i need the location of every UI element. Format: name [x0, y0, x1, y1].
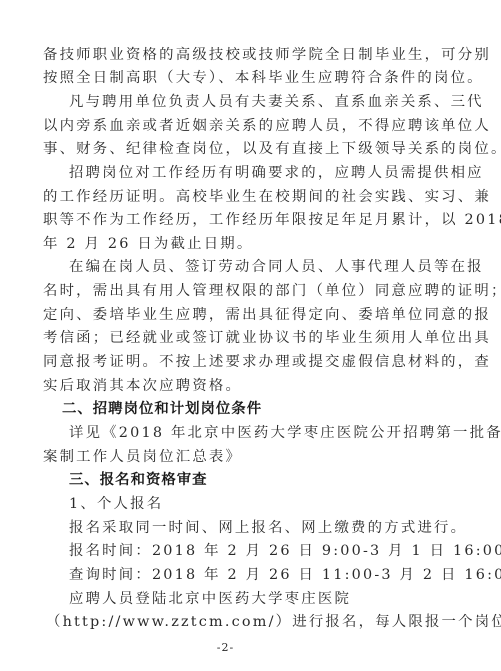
- paragraph-line: （http://www.zztcm.com/）进行报名，每人限报一个岗位，报: [46, 613, 412, 631]
- paragraph-line: 以内旁系血亲或者近姻亲关系的应聘人员，不得应聘该单位人: [43, 117, 409, 135]
- paragraph-line: 名时，需出具有用人管理权限的部门（单位）同意应聘的证明；: [43, 282, 409, 300]
- subsection-heading: 1、个人报名: [69, 495, 435, 513]
- section-heading: 三、报名和资格审查: [69, 471, 435, 489]
- paragraph-line: 事、财务、纪律检查岗位，以及有直接上下级领导关系的岗位。: [43, 140, 409, 158]
- paragraph-line: 报名采取同一时间、网上报名、网上缴费的方式进行。: [69, 519, 435, 537]
- registration-time: 报名时间：2018 年 2 月 26 日 9:00-3 月 1 日 16:00: [69, 542, 435, 560]
- paragraph-line: 应聘人员登陆北京中医药大学枣庄医院: [69, 590, 435, 608]
- paragraph-line: 定向、委培毕业生应聘，需出具征得定向、委培单位同意的报: [43, 306, 409, 324]
- document-page: 备技师职业资格的高级技校或技师学院全日制毕业生，可分别 按照全日制高职（大专）、…: [0, 0, 501, 671]
- paragraph-line: 详见《2018 年北京中医药大学枣庄医院公开招聘第一批备: [69, 424, 435, 442]
- paragraph-line: 凡与聘用单位负责人员有夫妻关系、直系血亲关系、三代: [69, 93, 435, 111]
- paragraph-line: 招聘岗位对工作经历有明确要求的，应聘人员需提供相应: [69, 164, 435, 182]
- paragraph-line: 同意报考证明。不按上述要求办理或提交虚假信息材料的，查: [43, 353, 409, 371]
- paragraph-line: 考信函；已经就业或签订就业协议书的毕业生须用人单位出具: [43, 329, 409, 347]
- paragraph-line: 案制工作人员岗位汇总表》: [43, 448, 409, 466]
- paragraph-line: 实后取消其本次应聘资格。: [43, 377, 409, 395]
- section-heading: 二、招聘岗位和计划岗位条件: [62, 400, 428, 418]
- query-time: 查询时间：2018 年 2 月 26 日 11:00-3 月 2 日 16:00: [69, 566, 435, 584]
- paragraph-line: 的工作经历证明。高校毕业生在校期间的社会实践、实习、兼: [43, 188, 409, 206]
- paragraph-line: 年 2 月 26 日为截止日期。: [43, 235, 409, 253]
- paragraph-line: 职等不作为工作经历，工作经历年限按足年足月累计，以 2018: [43, 211, 409, 229]
- paragraph-line: 在编在岗人员、签订劳动合同人员、人事代理人员等在报: [69, 258, 435, 276]
- paragraph-line: 备技师职业资格的高级技校或技师学院全日制毕业生，可分别: [43, 46, 409, 64]
- page-number: -2-: [0, 641, 451, 654]
- paragraph-line: 按照全日制高职（大专）、本科毕业生应聘符合条件的岗位。: [43, 69, 409, 87]
